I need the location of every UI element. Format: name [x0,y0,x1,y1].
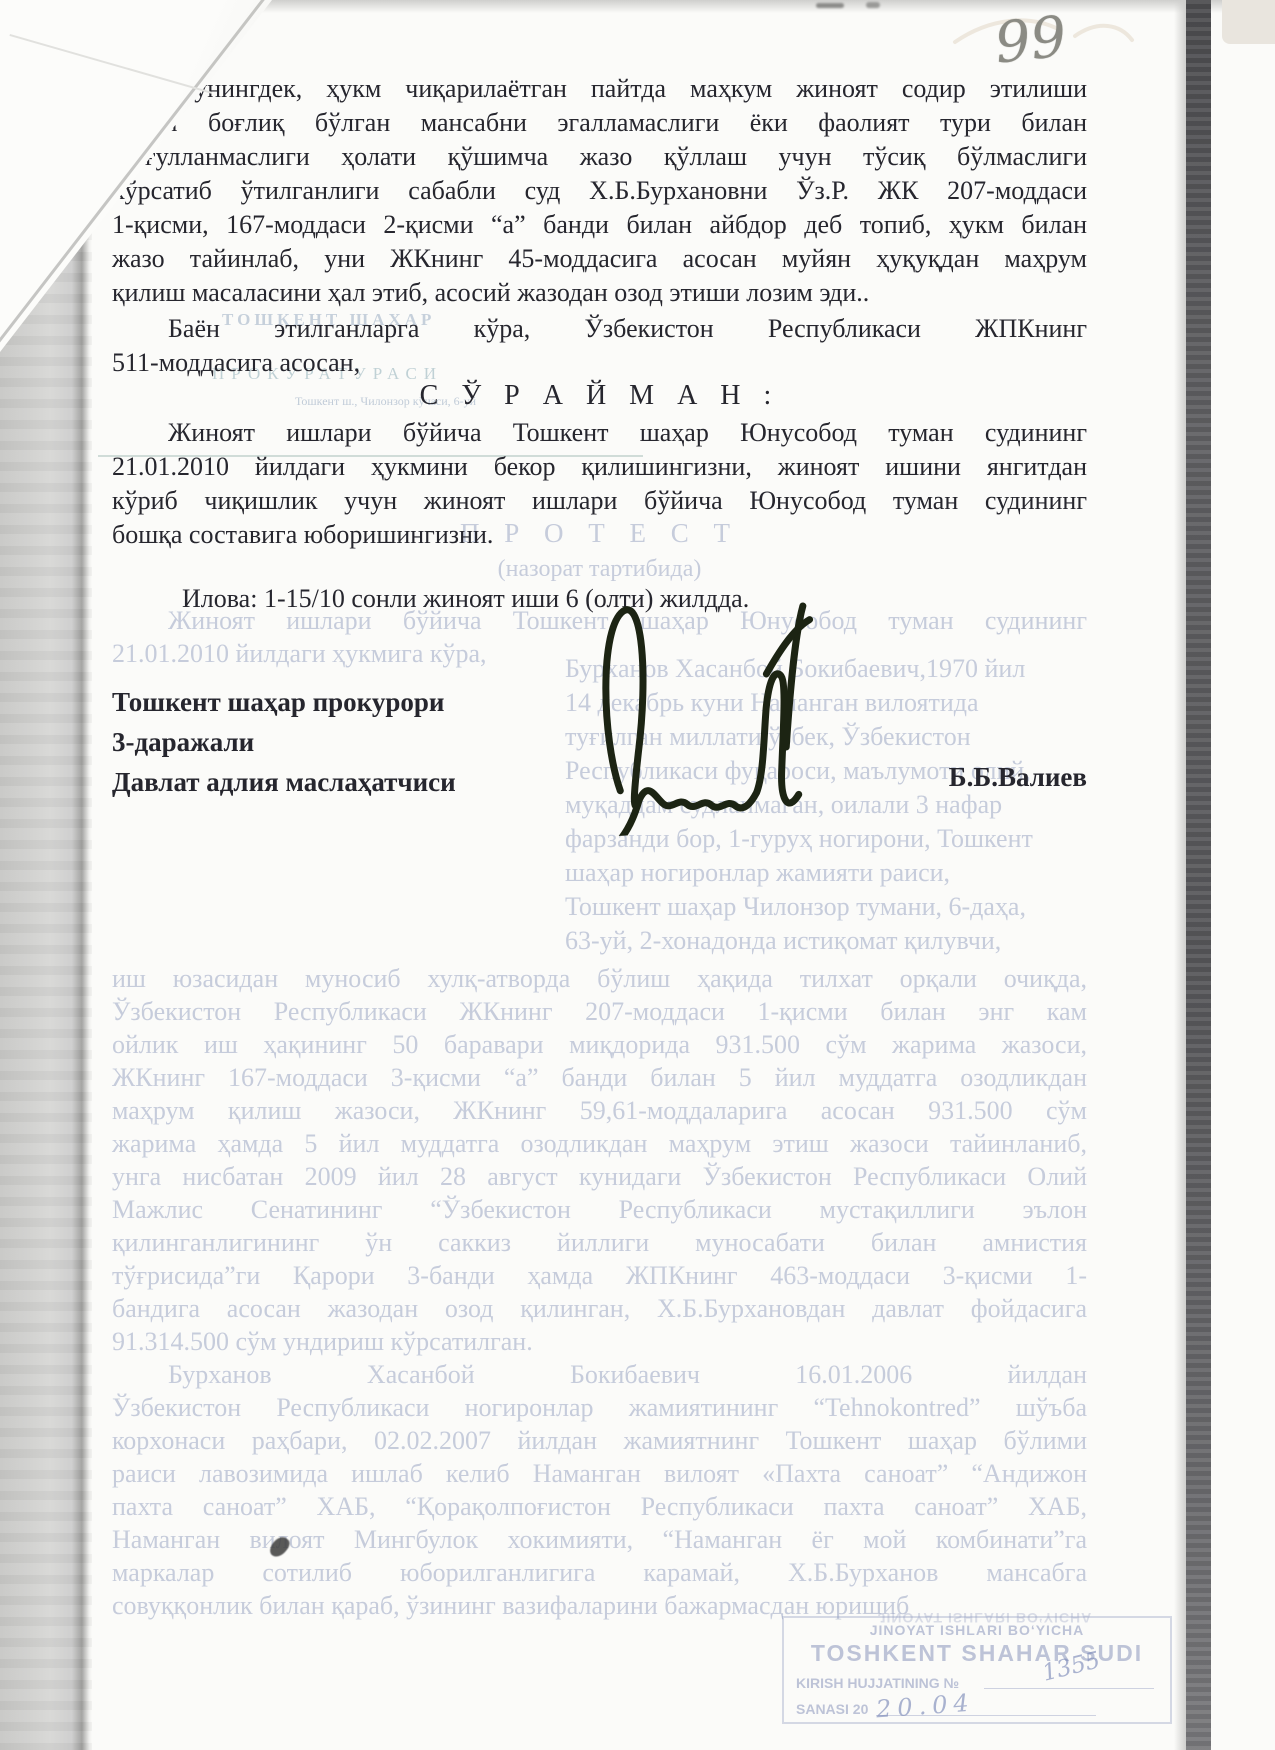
document-line: шуғулланмаслиги ҳолати қўшимча жазо қўлл… [112,140,1087,174]
document-line: Шунингдек, ҳукм чиқарилаётган пайтда маҳ… [112,72,1087,106]
document-line: қилиш масаласини ҳал этиб, асосий жазода… [112,276,1087,310]
scanner-corner-patch [1222,0,1275,44]
paragraph-ruling-grounds: Шунингдек, ҳукм чиқарилаётган пайтда маҳ… [112,72,1087,310]
prosecutor-signature [524,574,857,840]
page-right-edge-shade [1174,0,1186,1750]
paragraph-legal-basis: Баён этилганларга кўра, Ўзбекистон Респу… [112,312,1087,380]
document-line: Баён этилганларга кўра, Ўзбекистон Респу… [112,312,1087,346]
document-line: Жиноят ишлари бўйича Тошкент шаҳар Юнусо… [112,416,1087,450]
document-line: 21.01.2010 йилдаги ҳукмини бекор қилишин… [112,450,1087,484]
scanner-speck [816,3,844,8]
document-line: бошқа составига юборишингизни. [112,518,1087,552]
document-line: кўрсатиб ўтилганлиги сабабли суд Х.Б.Бур… [112,174,1087,208]
handwritten-page-number: 99 [992,4,1070,76]
document-line: кўриб чиқишлик учун жиноят ишлари бўйича… [112,484,1087,518]
request-heading: С Ў Р А Й М А Н : [112,380,1087,412]
document-line: билан боғлиқ бўлган мансабни эгалламасли… [112,106,1087,140]
scanner-speck [866,2,880,8]
paragraph-request: Жиноят ишлари бўйича Тошкент шаҳар Юнусо… [112,416,1087,552]
scanner-right-strip [1186,0,1211,1750]
document-body: Шунингдек, ҳукм чиқарилаётган пайтда маҳ… [112,0,1087,1750]
document-line: жазо тайинлаб, уни ЖКнинг 45-моддасига а… [112,242,1087,276]
document-line: 1-қисми, 167-моддаси 2-қисми “а” банди б… [112,208,1087,242]
document-line: 511-моддасига асосан, [112,346,1087,380]
scanned-document-page: ТОШКЕНТ ШАҲАР ПРОКУРАТУРАСИ Тошкент ш., … [0,0,1275,1750]
